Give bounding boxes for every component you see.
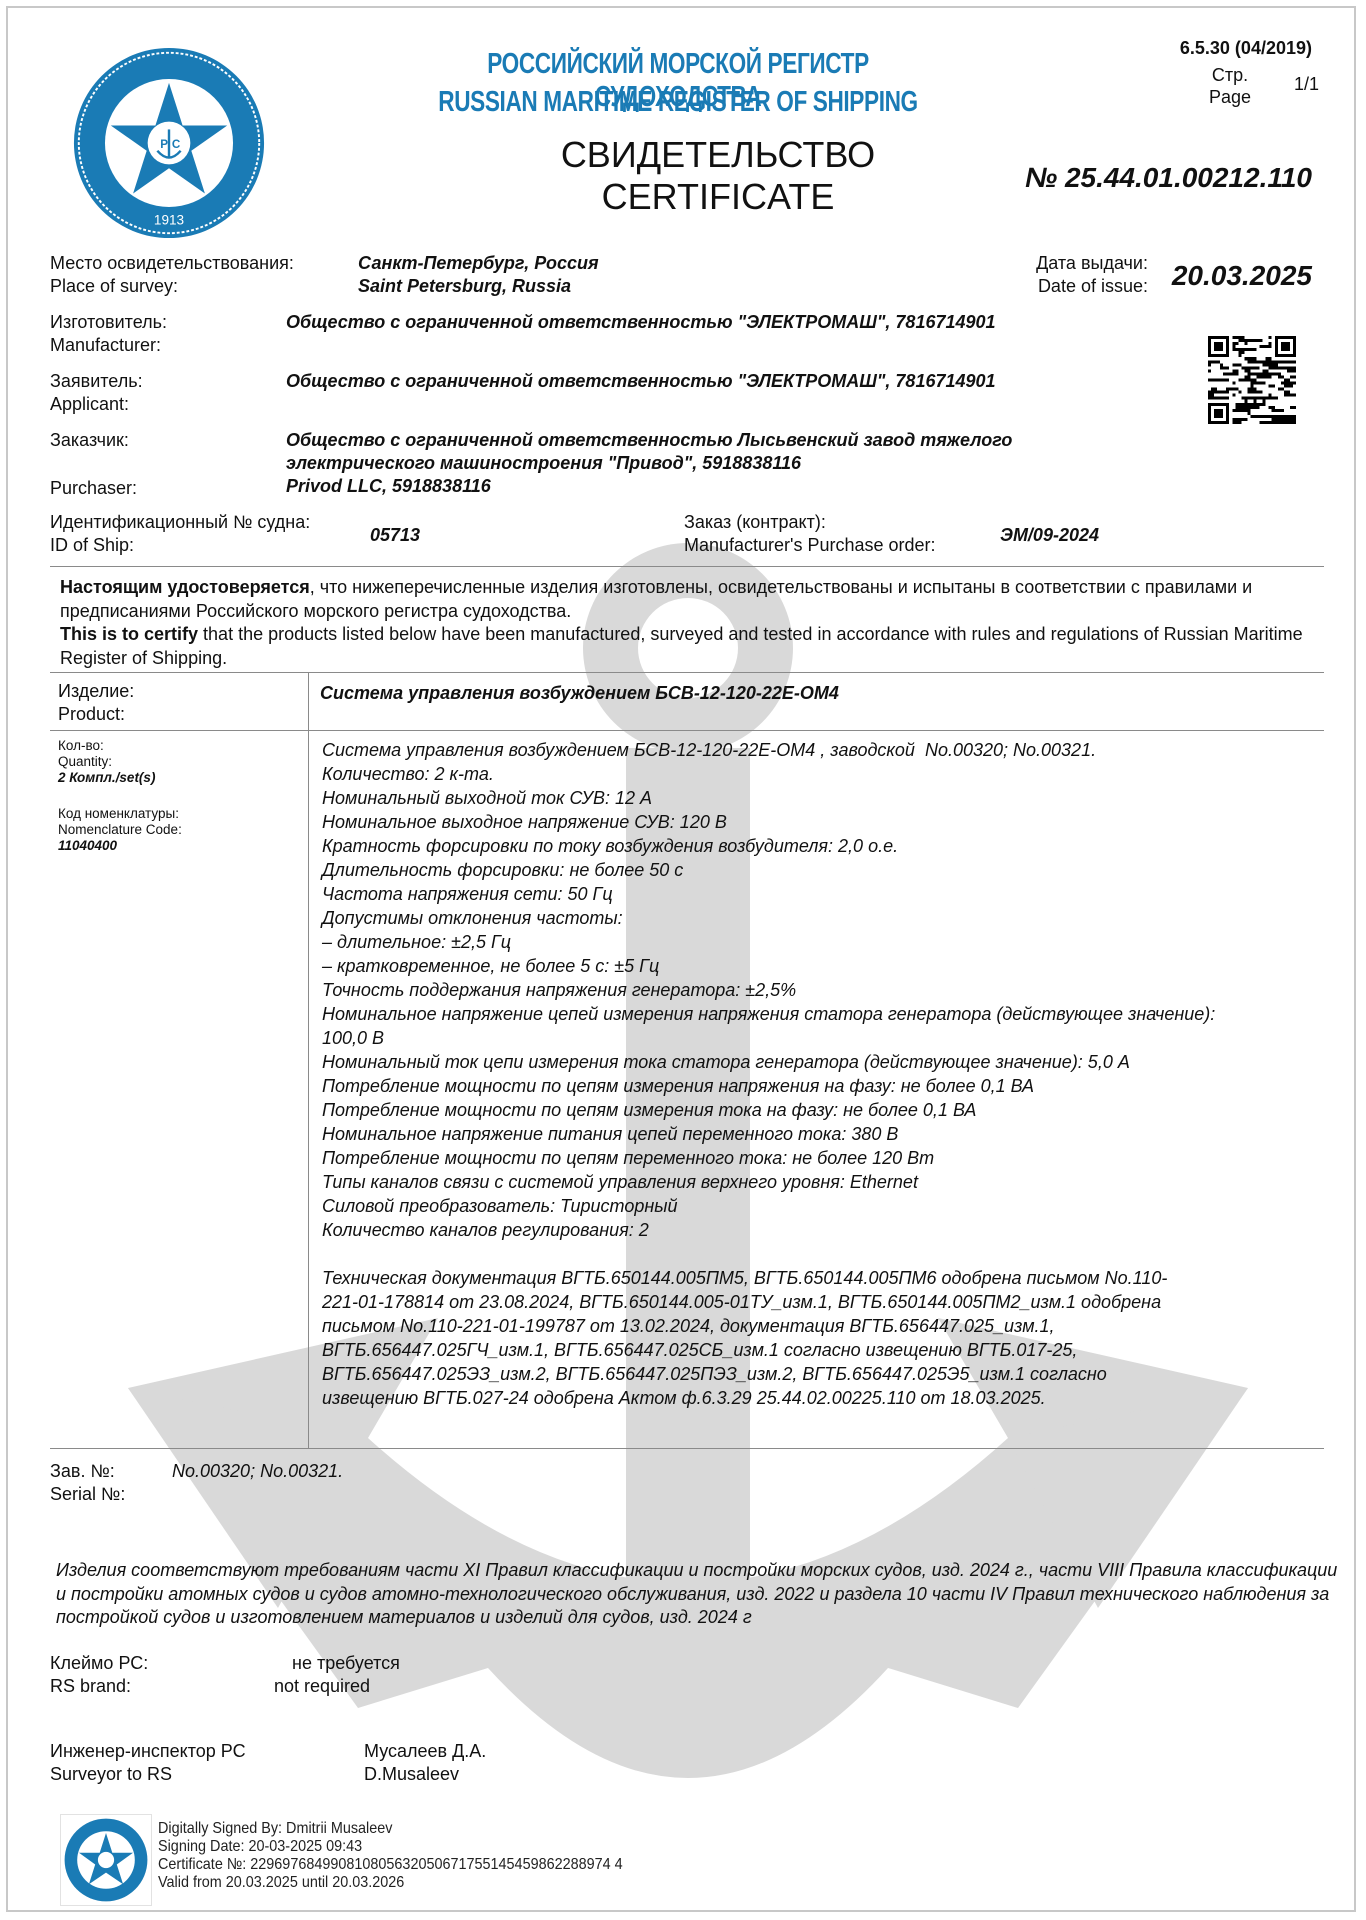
spec-line: Силовой преобразователь: Тиристорный: [322, 1194, 1322, 1218]
spec-line: 100,0 В: [322, 1026, 1322, 1050]
spec-line: Номинальный ток цепи измерения тока стат…: [322, 1050, 1322, 1074]
statement-ru-bold: Настоящим удостоверяется: [60, 577, 310, 597]
place-of-survey-value: Санкт-Петербург, Россия Saint Petersburg…: [358, 252, 599, 298]
date-label-en: Date of issue:: [908, 275, 1148, 298]
purchaser-label-ru: Заказчик:: [50, 429, 129, 452]
spec-line: Техническая документация ВГТБ.650144.005…: [322, 1266, 1322, 1290]
ship-id-value: 05713: [370, 524, 420, 547]
date-of-issue-value: 20.03.2025: [1172, 260, 1312, 292]
place-of-survey-label: Место освидетельствования: Place of surv…: [50, 252, 294, 298]
spec-line: Длительность форсировки: не более 50 с: [322, 858, 1322, 882]
purchaser-value-en: Privod LLC, 5918838116: [286, 475, 1012, 498]
serial-value: No.00320; No.00321.: [172, 1460, 343, 1483]
page-number: 1/1: [1294, 74, 1319, 95]
quantity-label-en: Quantity:: [58, 754, 182, 770]
nomenclature-code-label-ru: Код номенклатуры:: [58, 806, 182, 822]
rs-brand-value-ru: не требуется: [292, 1652, 400, 1675]
compliance-statement: Изделия соответствуют требованиям части …: [56, 1559, 1346, 1630]
place-value-en: Saint Petersburg, Russia: [358, 275, 599, 298]
serial-label-en: Serial №:: [50, 1483, 125, 1506]
table-row-divider: [50, 730, 1324, 731]
spec-line: извещению ВГТБ.027-24 одобрена Актом ф.6…: [322, 1386, 1322, 1410]
spec-line: Типы каналов связи с системой управления…: [322, 1170, 1322, 1194]
order-label-ru: Заказ (контракт):: [684, 511, 936, 534]
digital-signature-info: Digitally Signed By: Dmitrii Musaleev Si…: [158, 1820, 623, 1892]
svg-text:С: С: [172, 138, 181, 151]
nomenclature-code-label-en: Nomenclature Code:: [58, 822, 182, 838]
rs-brand-value-en: not required: [274, 1675, 370, 1698]
manufacturer-label: Изготовитель: Manufacturer:: [50, 311, 167, 357]
page-label: Стр. Page: [1198, 64, 1262, 108]
surveyor-label-ru: Инженер-инспектор РС: [50, 1740, 246, 1763]
manufacturer-label-ru: Изготовитель:: [50, 311, 167, 334]
svg-text:1913: 1913: [154, 212, 184, 227]
certificate-page: Р С 1913 РОССИЙСКИЙ МОРСКОЙ РЕГИСТР СУДО…: [6, 6, 1356, 1912]
signing-date: Signing Date: 20-03-2025 09:43: [158, 1838, 623, 1856]
applicant-label: Заявитель: Applicant:: [50, 370, 143, 416]
signature-certificate-number: Certificate №: 2296976849908108056320506…: [158, 1856, 623, 1874]
spec-line: Частота напряжения сети: 50 Гц: [322, 882, 1322, 906]
surveyor-name: Мусалеев Д.А. D.Musaleev: [364, 1740, 486, 1786]
manufacturer-value: Общество с ограниченной ответственностью…: [286, 311, 996, 334]
date-of-issue-label: Дата выдачи: Date of issue:: [908, 252, 1148, 298]
document-title-en: CERTIFICATE: [468, 176, 968, 218]
rs-brand-label-en: RS brand:: [50, 1675, 148, 1698]
purchase-order-value: ЭМ/09-2024: [1000, 524, 1099, 547]
signature-validity: Valid from 20.03.2025 until 20.03.2026: [158, 1874, 623, 1892]
spec-line: Номинальный выходной ток СУВ: 12 А: [322, 786, 1322, 810]
place-label-en: Place of survey:: [50, 275, 294, 298]
spec-line: Допустимы отклонения частоты:: [322, 906, 1322, 930]
spec-line: Система управления возбуждением БСВ-12-1…: [322, 738, 1322, 762]
divider: [50, 566, 1324, 567]
spec-line: 221-01-178814 от 23.08.2024, ВГТБ.650144…: [322, 1290, 1322, 1314]
spec-line: Количество: 2 к-та.: [322, 762, 1322, 786]
serial-label-ru: Зав. №:: [50, 1460, 125, 1483]
spec-line: ВГТБ.656447.025ГЧ_изм.1, ВГТБ.656447.025…: [322, 1338, 1322, 1362]
date-label-ru: Дата выдачи:: [908, 252, 1148, 275]
product-label-ru: Изделие:: [58, 680, 134, 703]
certification-statement-ru: Настоящим удостоверяется, что нижеперечи…: [60, 576, 1328, 623]
surveyor-label-en: Surveyor to RS: [50, 1763, 246, 1786]
quantity-value: 2 Компл./set(s): [58, 770, 155, 785]
spec-line: – кратковременное, не более 5 с: ±5 Гц: [322, 954, 1322, 978]
spec-line: Номинальное напряжение питания цепей пер…: [322, 1122, 1322, 1146]
signature-seal-icon: [60, 1814, 152, 1906]
surveyor-name-ru: Мусалеев Д.А.: [364, 1740, 486, 1763]
place-value-ru: Санкт-Петербург, Россия: [358, 252, 599, 275]
purchaser-value: Общество с ограниченной ответственностью…: [286, 429, 1012, 498]
spec-line: [322, 1242, 1322, 1266]
purchaser-value-line1: Общество с ограниченной ответственностью…: [286, 429, 1012, 452]
quantity-block: Кол-во: Quantity: 2 Компл./set(s) Код но…: [58, 738, 182, 854]
organization-name-en: RUSSIAN MARITIME REGISTER OF SHIPPING: [405, 86, 951, 119]
applicant-value: Общество с ограниченной ответственностью…: [286, 370, 996, 393]
order-label-en: Manufacturer's Purchase order:: [684, 534, 936, 557]
spec-line: Кратность форсировки по току возбуждения…: [322, 834, 1322, 858]
ship-id-label-en: ID of Ship:: [50, 534, 310, 557]
page-label-ru: Стр.: [1198, 64, 1262, 86]
document-title-ru: СВИДЕТЕЛЬСТВО: [468, 134, 968, 176]
purchase-order-label: Заказ (контракт): Manufacturer's Purchas…: [684, 511, 936, 557]
spec-line: Потребление мощности по цепям измерения …: [322, 1074, 1322, 1098]
spec-line: Потребление мощности по цепям измерения …: [322, 1098, 1322, 1122]
spec-line: – длительное: ±2,5 Гц: [322, 930, 1322, 954]
spec-line: Количество каналов регулирования: 2: [322, 1218, 1322, 1242]
quantity-label-ru: Кол-во:: [58, 738, 182, 754]
signed-by: Digitally Signed By: Dmitrii Musaleev: [158, 1820, 623, 1838]
certificate-number: № 25.44.01.00212.110: [1025, 162, 1312, 194]
applicant-label-en: Applicant:: [50, 393, 143, 416]
nomenclature-code-value: 11040400: [58, 838, 117, 853]
product-label: Изделие: Product:: [58, 680, 134, 726]
manufacturer-label-en: Manufacturer:: [50, 334, 167, 357]
surveyor-label: Инженер-инспектор РС Surveyor to RS: [50, 1740, 246, 1786]
place-label-ru: Место освидетельствования:: [50, 252, 294, 275]
product-specification: Система управления возбуждением БСВ-12-1…: [322, 738, 1322, 1410]
rs-brand-label: Клеймо РС: RS brand:: [50, 1652, 148, 1698]
purchaser-value-line2: электрического машиностроения "Привод", …: [286, 452, 1012, 475]
table-bottom-border: [50, 1448, 1324, 1449]
rs-logo-icon: Р С 1913: [72, 46, 266, 240]
qr-code-icon: [1208, 336, 1296, 424]
statement-en-text: that the products listed below have been…: [60, 624, 1303, 668]
surveyor-name-en: D.Musaleev: [364, 1763, 486, 1786]
serial-label: Зав. №: Serial №:: [50, 1460, 125, 1506]
table-top-border: [50, 672, 1324, 673]
spec-line: Точность поддержания напряжения генерато…: [322, 978, 1322, 1002]
ship-id-label-ru: Идентификационный № судна:: [50, 511, 310, 534]
certification-statement-en: This is to certify that the products lis…: [60, 623, 1328, 670]
svg-text:Р: Р: [160, 138, 168, 151]
form-number: 6.5.30 (04/2019): [1180, 38, 1312, 59]
product-label-en: Product:: [58, 703, 134, 726]
ship-id-label: Идентификационный № судна: ID of Ship:: [50, 511, 310, 557]
rs-brand-label-ru: Клеймо РС:: [50, 1652, 148, 1675]
statement-en-bold: This is to certify: [60, 624, 198, 644]
spec-line: ВГТБ.656447.025ЭЗ_изм.2, ВГТБ.656447.025…: [322, 1362, 1322, 1386]
applicant-label-ru: Заявитель:: [50, 370, 143, 393]
spec-line: Потребление мощности по цепям переменног…: [322, 1146, 1322, 1170]
spec-line: Номинальное напряжение цепей измерения н…: [322, 1002, 1322, 1026]
page-label-en: Page: [1198, 86, 1262, 108]
certification-statement: Настоящим удостоверяется, что нижеперечи…: [60, 576, 1328, 670]
spec-line: Номинальное выходное напряжение СУВ: 120…: [322, 810, 1322, 834]
purchaser-label-en: Purchaser:: [50, 477, 137, 500]
table-column-divider: [308, 672, 309, 1448]
spec-line: письмом No.110-221-01-199787 от 13.02.20…: [322, 1314, 1322, 1338]
product-name: Система управления возбуждением БСВ-12-1…: [320, 682, 839, 705]
